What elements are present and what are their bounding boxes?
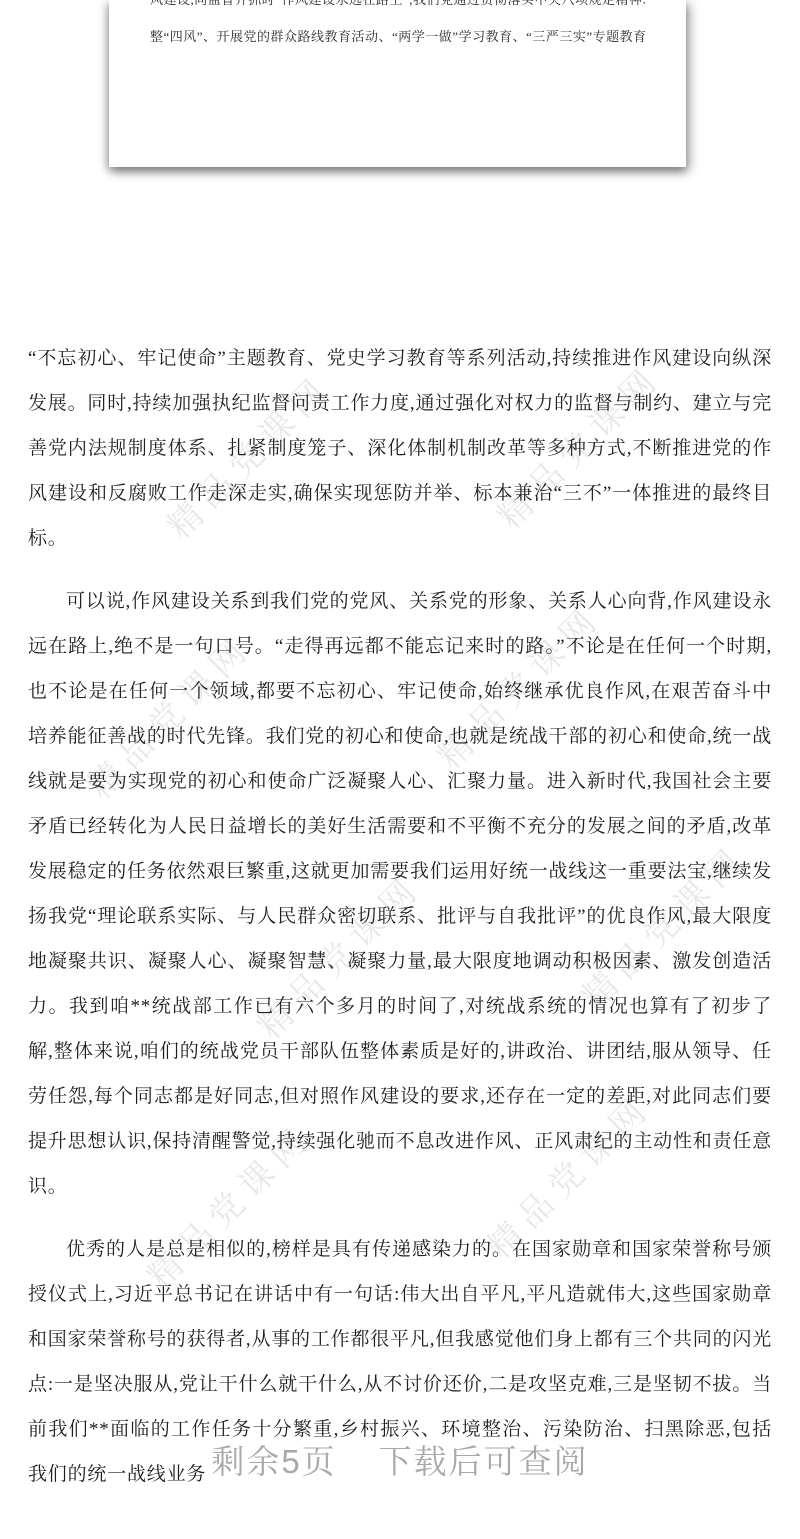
footer-hint: 剩余5页下载后可查阅 bbox=[0, 1436, 800, 1483]
document-body: “不忘初心、牢记使命”主题教育、党史学习教育等系列活动,持续推进作风建设向纵深发… bbox=[28, 336, 772, 1497]
preview-line-clipped: 风建设,同监督齐抓时“作风建设永远在路上”,我们党通过贯彻落实中央八项规定精神、… bbox=[150, 0, 645, 18]
page-preview-card: 风建设,同监督齐抓时“作风建设永远在路上”,我们党通过贯彻落实中央八项规定精神、… bbox=[109, 0, 686, 167]
remaining-pages-text: 剩余5页 bbox=[211, 1443, 336, 1480]
paragraph: “不忘初心、牢记使命”主题教育、党史学习教育等系列活动,持续推进作风建设向纵深发… bbox=[28, 336, 772, 561]
page-preview-text: 风建设,同监督齐抓时“作风建设永远在路上”,我们党通过贯彻落实中央八项规定精神、… bbox=[150, 0, 645, 55]
paragraph: 可以说,作风建设关系到我们党的党风、关系党的形象、关系人心向背,作风建设永远在路… bbox=[28, 579, 772, 1209]
download-hint-text: 下载后可查阅 bbox=[379, 1443, 589, 1480]
preview-line: 整“四风”、开展党的群众路线教育活动、“两学一做”学习教育、“三严三实”专题教育… bbox=[150, 18, 645, 55]
